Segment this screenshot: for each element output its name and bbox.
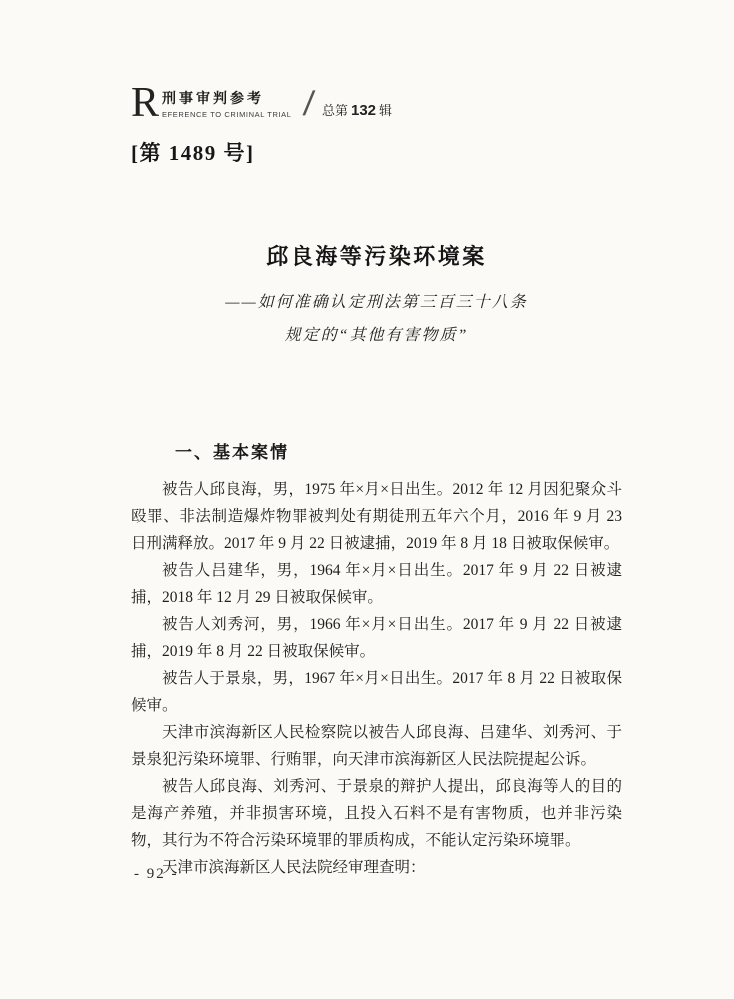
slash-divider: /: [301, 86, 316, 122]
volume-prefix: 总第: [322, 103, 348, 118]
document-page: R 刑事审判参考 EFERENCE TO CRIMINAL TRIAL / 总第…: [0, 0, 734, 999]
case-title: 邱良海等污染环境案: [131, 240, 622, 271]
paragraph-defense-argument: 被告人邱良海、刘秀河、于景泉的辩护人提出，邱良海等人的目的是海产养殖，并非损害环…: [131, 773, 622, 854]
page-number: - 92 -: [134, 866, 179, 883]
case-subtitle: ——如何准确认定刑法第三百三十八条 规定的“其他有害物质”: [131, 286, 622, 352]
paragraph-defendant-liu: 被告人刘秀河，男，1966 年×月×日出生。2017 年 9 月 22 日被逮捕…: [131, 611, 622, 665]
subtitle-line-2: 规定的“其他有害物质”: [131, 319, 622, 352]
paragraph-defendant-lv: 被告人吕建华，男，1964 年×月×日出生。2017 年 9 月 22 日被逮捕…: [131, 557, 622, 611]
paragraph-prosecution: 天津市滨海新区人民检察院以被告人邱良海、吕建华、刘秀河、于景泉犯污染环境罪、行贿…: [131, 719, 622, 773]
volume-label: 总第132辑: [322, 100, 392, 122]
paragraph-court-finding: 天津市滨海新区人民法院经审理查明：: [131, 854, 622, 881]
journal-title-english: EFERENCE TO CRIMINAL TRIAL: [162, 110, 292, 119]
journal-logo-letter: R: [131, 86, 159, 120]
paragraph-defendant-qiu: 被告人邱良海，男，1975 年×月×日出生。2012 年 12 月因犯聚众斗殴罪…: [131, 476, 622, 557]
journal-logo-titles: 刑事审判参考 EFERENCE TO CRIMINAL TRIAL: [162, 86, 292, 119]
volume-number: 132: [351, 102, 376, 119]
paragraph-defendant-yu: 被告人于景泉，男，1967 年×月×日出生。2017 年 8 月 22 日被取保…: [131, 665, 622, 719]
page-content: R 刑事审判参考 EFERENCE TO CRIMINAL TRIAL / 总第…: [131, 86, 622, 881]
journal-title-chinese: 刑事审判参考: [162, 88, 292, 108]
volume-suffix: 辑: [379, 103, 392, 118]
article-body: 被告人邱良海，男，1975 年×月×日出生。2012 年 12 月因犯聚众斗殴罪…: [131, 476, 622, 881]
case-number: [第 1489 号]: [131, 137, 622, 167]
subtitle-line-1: ——如何准确认定刑法第三百三十八条: [131, 286, 622, 319]
journal-header: R 刑事审判参考 EFERENCE TO CRIMINAL TRIAL / 总第…: [131, 86, 622, 122]
section-heading-basic-facts: 一、基本案情: [131, 438, 622, 463]
